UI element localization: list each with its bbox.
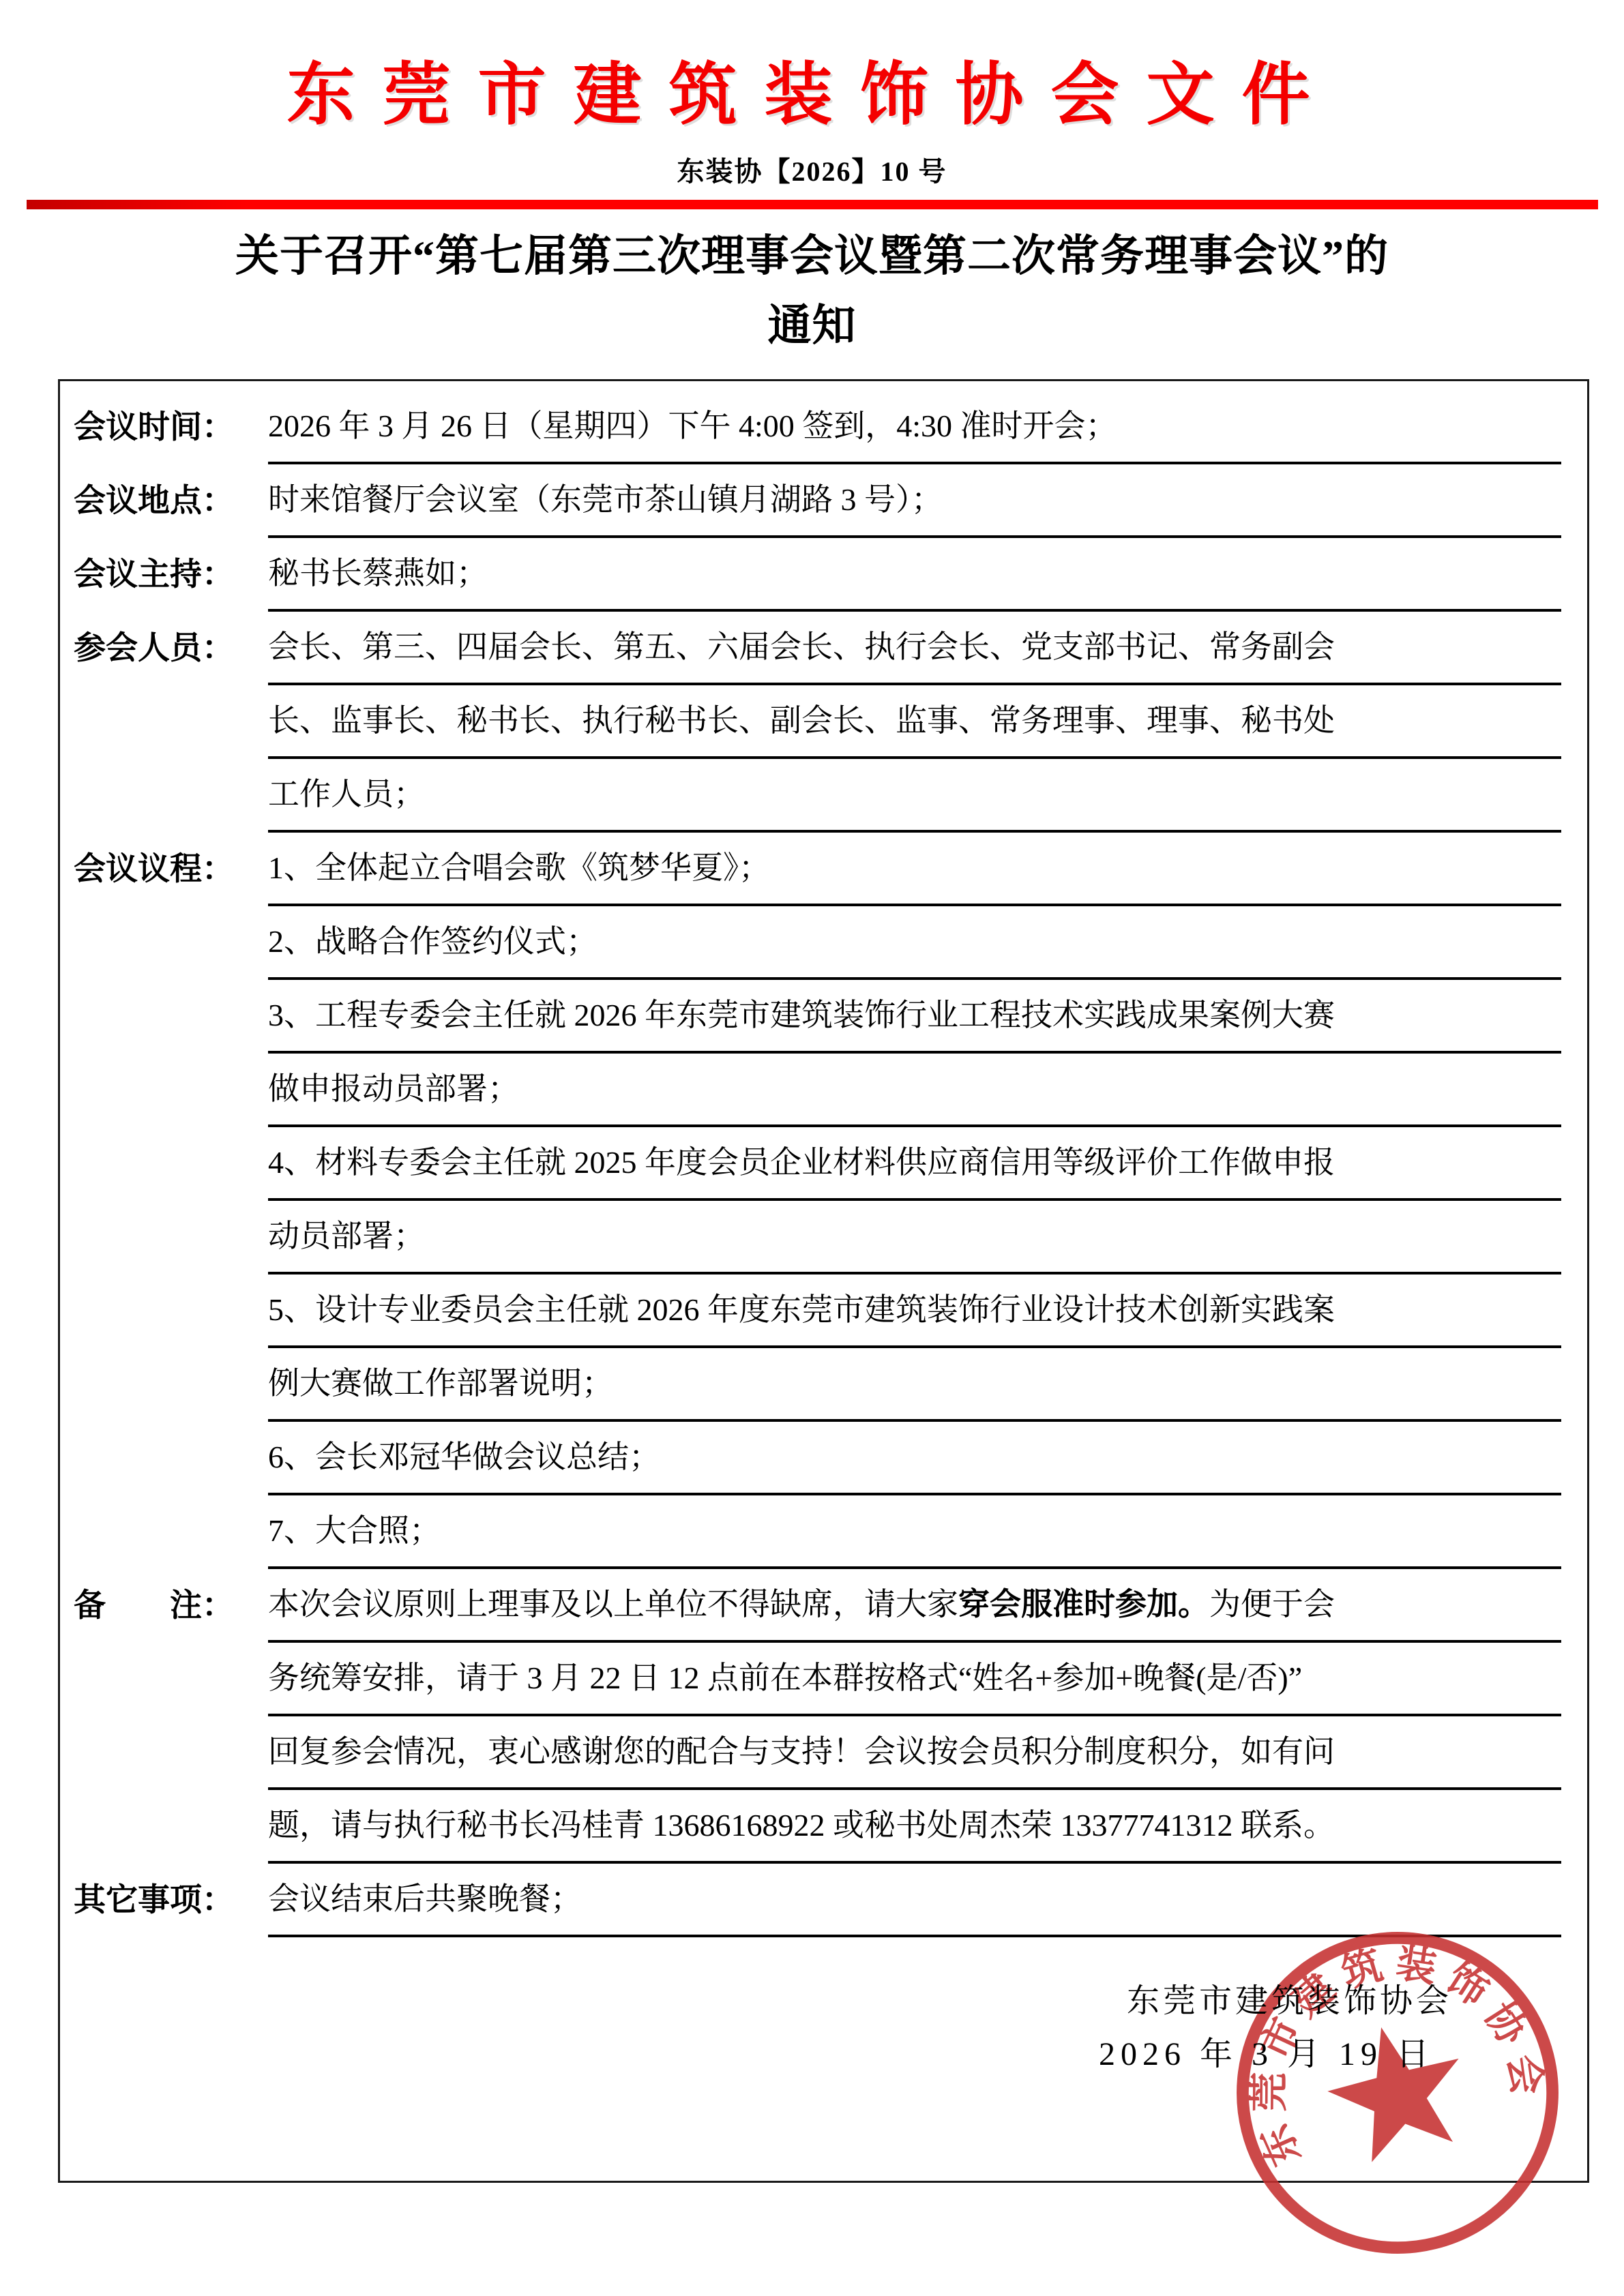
row-value: 1、全体起立合唱会歌《筑梦华夏》；2、战略合作签约仪式；3、工程专委会主任就 2… bbox=[268, 833, 1561, 1569]
underlined-text-line: 时来馆餐厅会议室（东莞市茶山镇月湖路 3 号）； bbox=[268, 464, 1561, 538]
underlined-text-line: 回复参会情况，衷心感谢您的配合与支持！会议按会员积分制度积分，如有问 bbox=[268, 1716, 1561, 1790]
signature-org: 东莞市建筑装饰协会 bbox=[74, 1976, 1561, 2027]
underlined-text-line: 工作人员； bbox=[268, 759, 1561, 833]
text-segment: 本次会议原则上理事及以上单位不得缺席，请大家 bbox=[268, 1587, 958, 1622]
underlined-text-line: 会长、第三、四届会长、第五、六届会长、执行会长、党支部书记、常务副会 bbox=[268, 612, 1561, 685]
table-row: 会议主持： 秘书长蔡燕如； bbox=[74, 538, 1561, 612]
doc-title: 关于召开“第七届第三次理事会议暨第二次常务理事会议”的通知 bbox=[41, 222, 1583, 361]
row-label: 会议主持： bbox=[74, 538, 268, 612]
table-row: 会议议程： 1、全体起立合唱会歌《筑梦华夏》；2、战略合作签约仪式；3、工程专委… bbox=[74, 833, 1561, 1569]
org-title: 东莞市建筑装饰协会文件 bbox=[0, 40, 1624, 138]
row-value: 时来馆餐厅会议室（东莞市茶山镇月湖路 3 号）； bbox=[268, 464, 1561, 538]
doc-title-line-2: 通知 bbox=[768, 301, 857, 350]
underlined-text-line: 务统筹安排，请于 3 月 22 日 12 点前在本群按格式“姓名+参加+晚餐(是… bbox=[268, 1643, 1561, 1716]
table-row: 会议地点： 时来馆餐厅会议室（东莞市茶山镇月湖路 3 号）； bbox=[74, 464, 1561, 538]
underlined-text-line: 例大赛做工作部署说明； bbox=[268, 1348, 1561, 1422]
row-value: 2026 年 3 月 26 日（星期四）下午 4:00 签到，4:30 准时开会… bbox=[268, 391, 1561, 464]
underlined-text-line: 本次会议原则上理事及以上单位不得缺席，请大家穿会服准时参加。为便于会 bbox=[268, 1569, 1561, 1643]
doc-title-line-1: 关于召开“第七届第三次理事会议暨第二次常务理事会议”的 bbox=[235, 232, 1389, 280]
table-row: 其它事项： 会议结束后共聚晚餐； bbox=[74, 1864, 1561, 1937]
bold-text-segment: 穿会服准时参加。 bbox=[958, 1587, 1209, 1622]
underlined-text-line: 做申报动员部署； bbox=[268, 1054, 1561, 1127]
row-value: 会长、第三、四届会长、第五、六届会长、执行会长、党支部书记、常务副会长、监事长、… bbox=[268, 612, 1561, 833]
row-label: 其它事项： bbox=[74, 1864, 268, 1937]
underlined-text-line: 3、工程专委会主任就 2026 年东莞市建筑装饰行业工程技术实践成果案例大赛 bbox=[268, 980, 1561, 1054]
row-label: 会议地点： bbox=[74, 464, 268, 538]
text-segment: 为便于会 bbox=[1209, 1587, 1335, 1622]
meeting-info-table: 会议时间： 2026 年 3 月 26 日（星期四）下午 4:00 签到，4:3… bbox=[58, 379, 1589, 2183]
underlined-text-line: 7、大合照； bbox=[268, 1495, 1561, 1569]
underlined-text-line: 4、材料专委会主任就 2025 年度会员企业材料供应商信用等级评价工作做申报 bbox=[268, 1127, 1561, 1201]
underlined-text-line: 2、战略合作签约仪式； bbox=[268, 906, 1561, 980]
row-label: 备 注： bbox=[74, 1569, 268, 1643]
signature-date: 2026 年 3 月 19 日 bbox=[74, 2027, 1561, 2082]
table-rows: 会议时间： 2026 年 3 月 26 日（星期四）下午 4:00 签到，4:3… bbox=[74, 391, 1561, 1937]
official-stamp: 东莞市建筑装饰协会 bbox=[1191, 1886, 1604, 2296]
underlined-text-line: 2026 年 3 月 26 日（星期四）下午 4:00 签到，4:30 准时开会… bbox=[268, 391, 1561, 464]
signature-block: 东莞市建筑装饰协会 东莞市建筑装饰协会 2026 年 3 月 19 日 bbox=[74, 1976, 1561, 2262]
table-row: 参会人员： 会长、第三、四届会长、第五、六届会长、执行会长、党支部书记、常务副会… bbox=[74, 612, 1561, 833]
underlined-text-line: 5、设计专业委员会主任就 2026 年度东莞市建筑装饰行业设计技术创新实践案 bbox=[268, 1274, 1561, 1348]
row-value: 秘书长蔡燕如； bbox=[268, 538, 1561, 612]
underlined-text-line: 动员部署； bbox=[268, 1201, 1561, 1274]
row-value: 本次会议原则上理事及以上单位不得缺席，请大家穿会服准时参加。为便于会务统筹安排，… bbox=[268, 1569, 1561, 1864]
row-label: 会议时间： bbox=[74, 391, 268, 464]
table-row: 会议时间： 2026 年 3 月 26 日（星期四）下午 4:00 签到，4:3… bbox=[74, 391, 1561, 464]
row-label: 参会人员： bbox=[74, 612, 268, 685]
underlined-text-line: 题，请与执行秘书长冯桂青 13686168922 或秘书处周杰荣 1337774… bbox=[268, 1790, 1561, 1864]
doc-number: 东装协【2026】10 号 bbox=[0, 150, 1624, 189]
red-divider bbox=[27, 200, 1598, 209]
table-row: 备 注： 本次会议原则上理事及以上单位不得缺席，请大家穿会服准时参加。为便于会务… bbox=[74, 1569, 1561, 1864]
underlined-text-line: 6、会长邓冠华做会议总结； bbox=[268, 1422, 1561, 1495]
underlined-text-line: 秘书长蔡燕如； bbox=[268, 538, 1561, 612]
underlined-text-line: 1、全体起立合唱会歌《筑梦华夏》； bbox=[268, 833, 1561, 906]
underlined-text-line: 长、监事长、秘书长、执行秘书长、副会长、监事、常务理事、理事、秘书处 bbox=[268, 685, 1561, 759]
row-label: 会议议程： bbox=[74, 833, 268, 906]
